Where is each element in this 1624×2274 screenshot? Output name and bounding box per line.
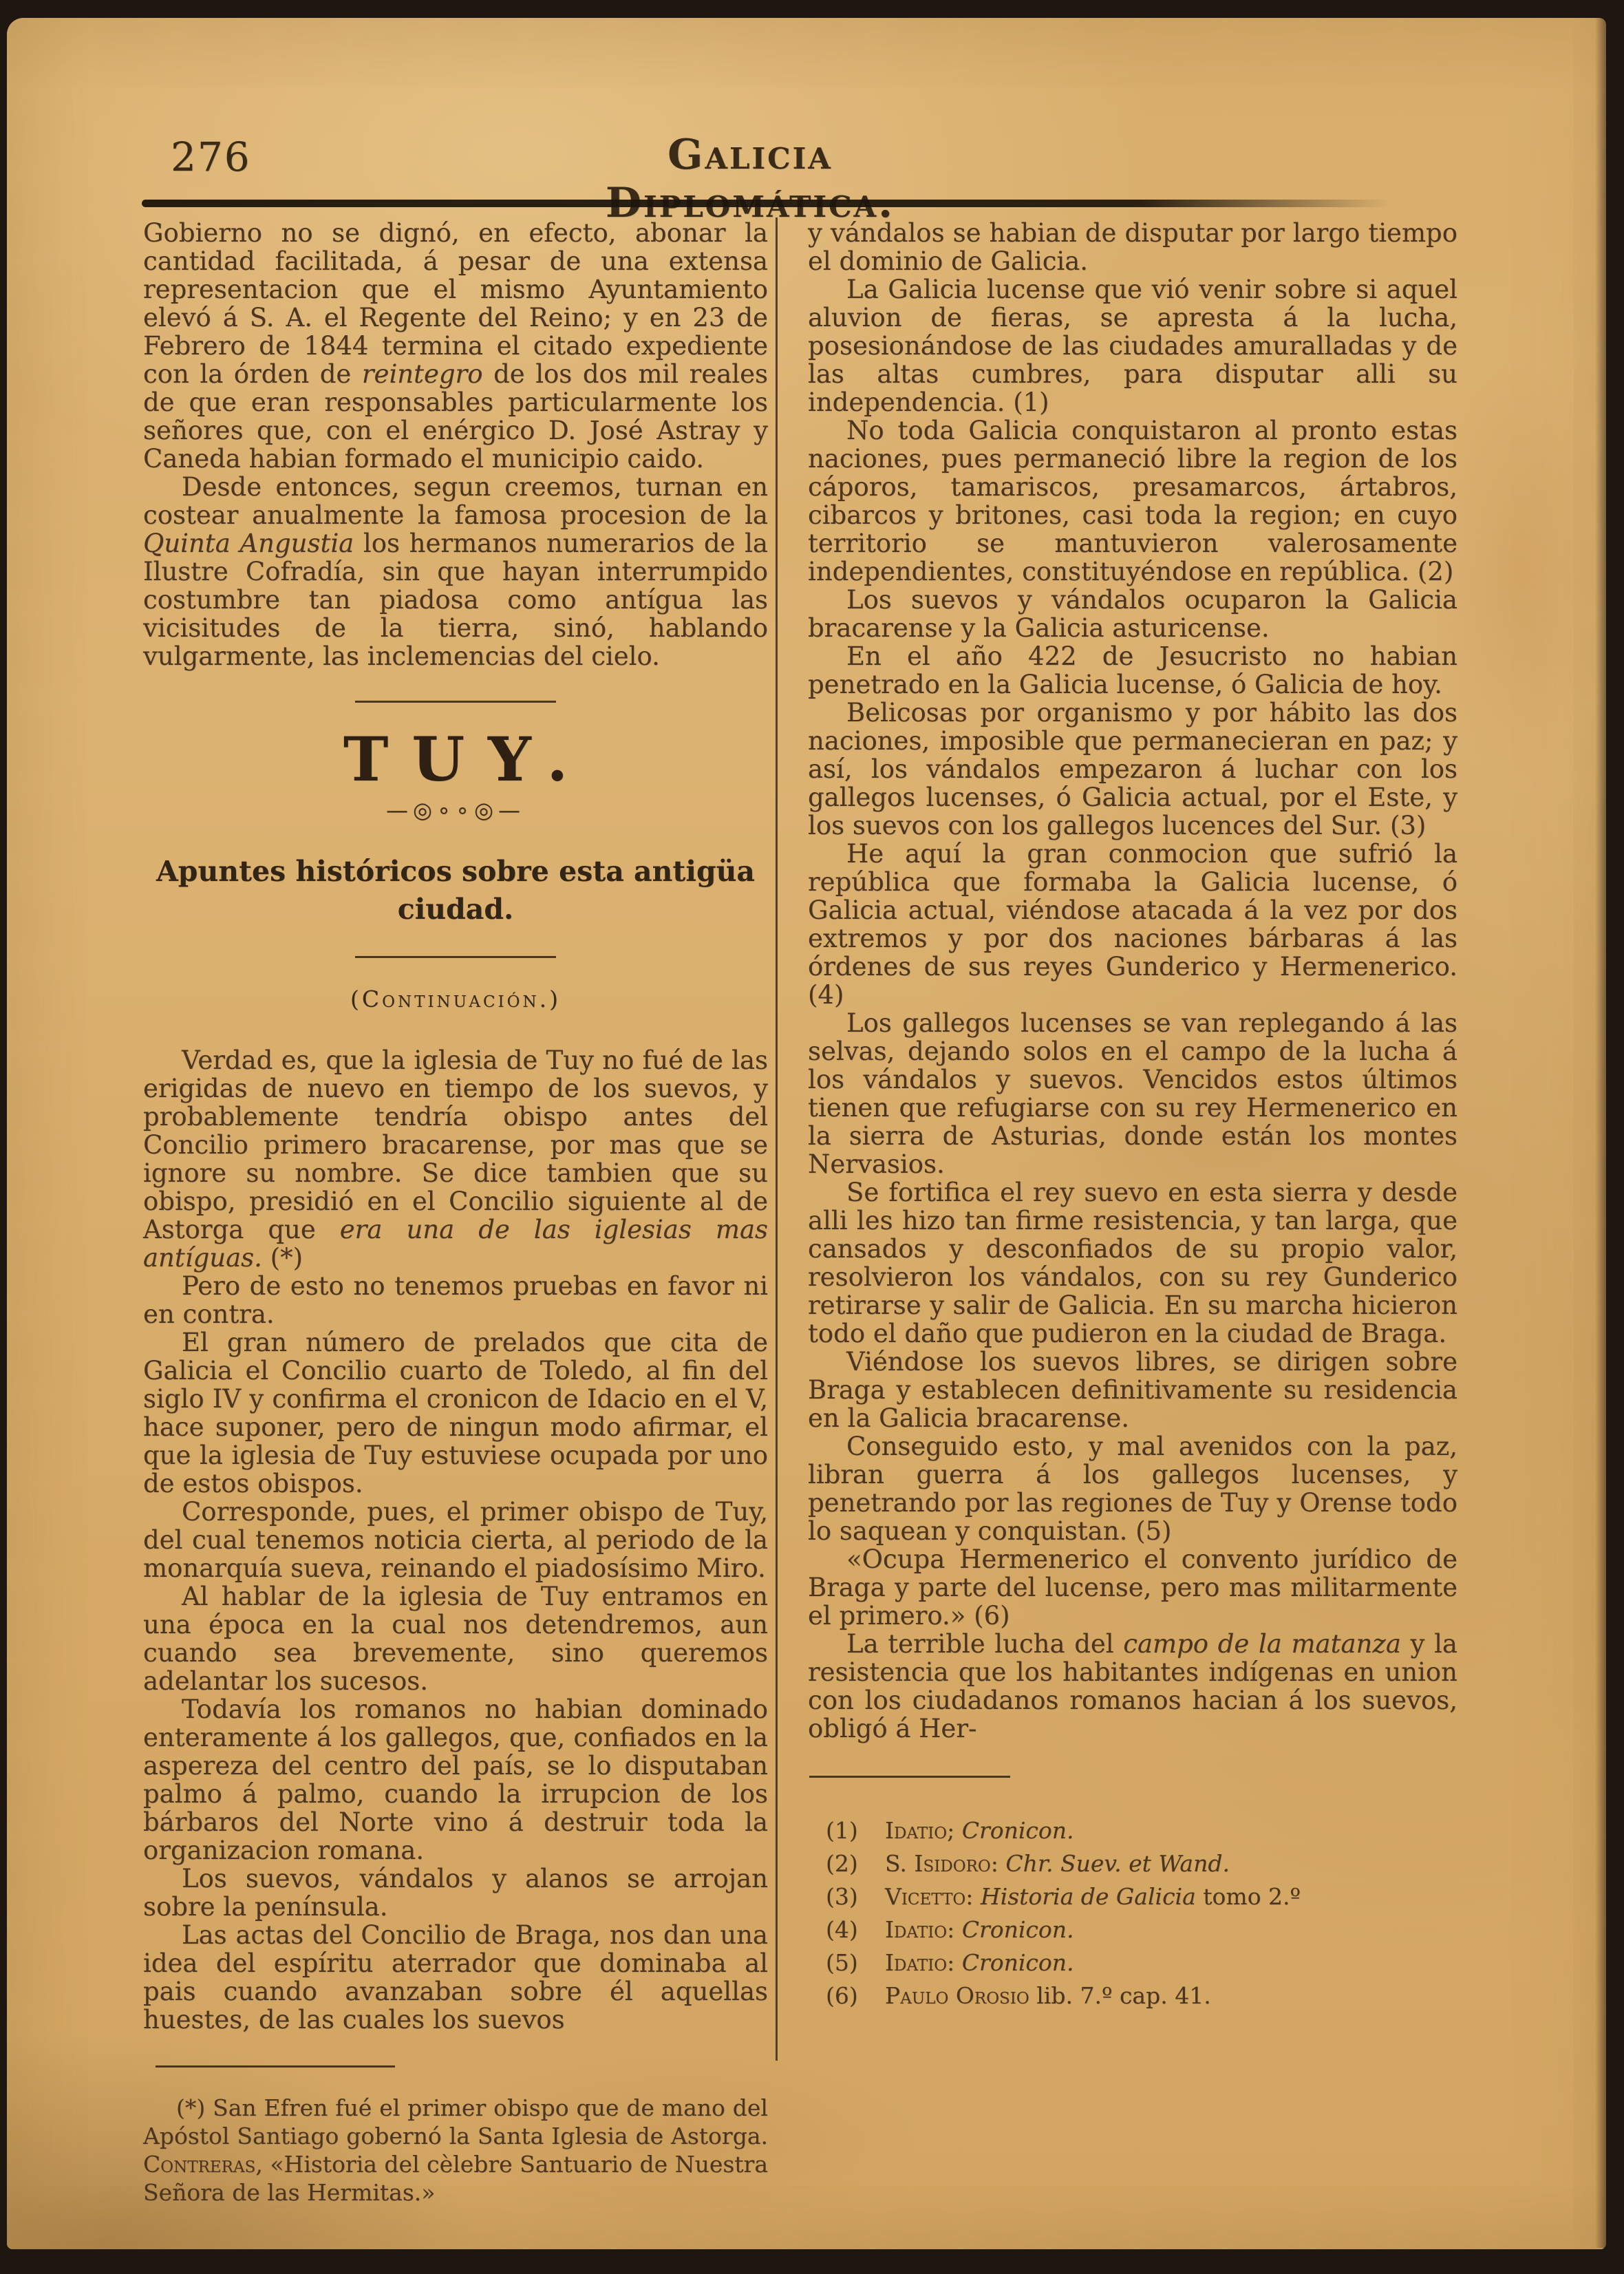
footnote-item: (4)Idatio: Cronicon. [808, 1914, 1457, 1946]
text-run: Al hablar de la iglesia de Tuy entramos … [143, 1582, 768, 1696]
paragraph: y vándalos se habian de disputar por lar… [808, 219, 1457, 275]
masthead-title: Galicia Diplomática. [509, 131, 991, 227]
paragraph: «Ocupa Hermenerico el convento jurídico … [808, 1545, 1457, 1630]
italic-text-run: Cronicon. [962, 1916, 1074, 1943]
footnote-text: Idatio: Cronicon. [885, 1914, 1457, 1946]
text-run: En el año 422 de Jesucristo no habian pe… [808, 641, 1457, 699]
text-run: Corresponde, pues, el primer obispo de T… [143, 1497, 768, 1583]
footnote-number: (2) [808, 1848, 885, 1880]
paragraph: Gobierno no se dignó, en efecto, abonar … [143, 219, 768, 473]
footnote-number: (6) [808, 1980, 885, 2012]
paragraph: Las actas del Concilio de Braga, nos dan… [143, 1921, 768, 2034]
paragraph: Corresponde, pues, el primer obispo de T… [143, 1498, 768, 1582]
column-divider-rule [776, 217, 778, 2061]
text-run: y vándalos se habian de disputar por lar… [808, 218, 1457, 276]
footnote-separator-rule [156, 2065, 395, 2068]
text-run: Conseguido esto, y mal avenidos con la p… [808, 1432, 1457, 1546]
paragraph: Belicosas por organismo y por hábito las… [808, 699, 1457, 840]
text-run: El gran número de prelados que cita de G… [143, 1328, 768, 1498]
text-run: (*) San Efren fué el primer obispo que d… [143, 2094, 768, 2149]
text-run: La terrible lucha del [846, 1629, 1123, 1659]
footnote-item: (3)Vicetto: Historia de Galicia tomo 2.º [808, 1881, 1457, 1913]
italic-text-run: Cronicon. [962, 1949, 1074, 1976]
paragraph: Verdad es, que la iglesia de Tuy no fué … [143, 1046, 768, 1272]
footnote-text: Vicetto: Historia de Galicia tomo 2.º [885, 1881, 1457, 1913]
left-column-intro: Gobierno no se dignó, en efecto, abonar … [143, 219, 768, 670]
text-run: Los gallegos lucenses se van replegando … [808, 1008, 1457, 1179]
section-subtitle: Apuntes históricos sobre esta antigüa ci… [143, 853, 768, 928]
italic-text-run: reintegro [362, 359, 483, 389]
paragraph: La terrible lucha del campo de la matanz… [808, 1630, 1457, 1743]
smallcaps-text-run: Idatio; [885, 1817, 962, 1844]
footnotes-list: (1)Idatio; Cronicon.(2)S. Isidoro: Chr. … [808, 1815, 1457, 2012]
paragraph: En el año 422 de Jesucristo no habian pe… [808, 642, 1457, 699]
footnote-number: (5) [808, 1947, 885, 1979]
text-run: Todavía los romanos no habian dominado e… [143, 1694, 768, 1865]
paragraph: Desde entonces, segun creemos, turnan en… [143, 473, 768, 670]
paragraph: Pero de esto no tenemos pruebas en favor… [143, 1272, 768, 1328]
text-run: Viéndose los suevos libres, se dirigen s… [808, 1347, 1457, 1433]
italic-text-run: Historia de Galicia [981, 1883, 1196, 1910]
right-column-body: y vándalos se habian de disputar por lar… [808, 219, 1457, 1743]
footnote-separator-rule [809, 1776, 1010, 1778]
paragraph: He aquí la gran conmocion que sufrió la … [808, 840, 1457, 1009]
footnote-item: (5)Idatio: Cronicon. [808, 1947, 1457, 1979]
text-run: Los suevos y vándalos ocuparon la Galici… [808, 585, 1457, 643]
paragraph: Viéndose los suevos libres, se dirigen s… [808, 1348, 1457, 1432]
right-column: y vándalos se habian de disputar por lar… [808, 219, 1457, 2013]
text-run: lib. 7.º cap. 41. [1029, 1982, 1211, 2009]
footnote-number: (1) [808, 1815, 885, 1847]
text-run: La Galicia lucense que vió venir sobre s… [808, 275, 1457, 417]
text-run: Las actas del Concilio de Braga, nos dan… [143, 1920, 768, 2034]
footnote-text: S. Isidoro: Chr. Suev. et Wand. [885, 1848, 1457, 1880]
paragraph: Los suevos, vándalos y alanos se arrojan… [143, 1864, 768, 1921]
left-column: Gobierno no se dignó, en efecto, abonar … [143, 219, 768, 2229]
italic-text-run: Quinta Angustia [143, 529, 354, 558]
paragraph: Los suevos y vándalos ocuparon la Galici… [808, 586, 1457, 642]
smallcaps-text-run: Paulo Orosio [885, 1982, 1029, 2009]
text-run: Desde entonces, segun creemos, turnan en… [143, 472, 768, 530]
italic-text-run: Cronicon. [962, 1817, 1074, 1844]
footnote-item: (1)Idatio; Cronicon. [808, 1815, 1457, 1847]
footnote-number: (3) [808, 1881, 885, 1913]
paragraph: El gran número de prelados que cita de G… [143, 1328, 768, 1498]
text-run: tomo 2.º [1196, 1883, 1301, 1910]
smallcaps-text-run: Vicetto: [885, 1883, 981, 1910]
text-run: (*) [262, 1243, 303, 1273]
paragraph: Los gallegos lucenses se van replegando … [808, 1009, 1457, 1178]
smallcaps-text-run: Idatio: [885, 1949, 962, 1976]
page-number: 276 [171, 134, 251, 180]
smallcaps-text-run: Idatio: [885, 1916, 962, 1943]
italic-text-run: campo de la matanza [1123, 1629, 1401, 1659]
footnote-text: Idatio: Cronicon. [885, 1947, 1457, 1979]
text-run: Los suevos, vándalos y alanos se arrojan… [143, 1864, 768, 1922]
continuation-label: (Continuación.) [143, 986, 768, 1013]
footnote: (*) San Efren fué el primer obispo que d… [143, 2094, 768, 2207]
text-run: Belicosas por organismo y por hábito las… [808, 698, 1457, 840]
footnote-item: (2)S. Isidoro: Chr. Suev. et Wand. [808, 1848, 1457, 1880]
text-run: He aquí la gran conmocion que sufrió la … [808, 839, 1457, 1010]
header-rule [142, 200, 1391, 207]
footnote-item: (6)Paulo Orosio lib. 7.º cap. 41. [808, 1980, 1457, 2012]
page-content: 276 Galicia Diplomática. Gobierno no se … [0, 0, 1624, 2274]
section-divider-rule [355, 701, 556, 703]
scanned-newspaper-page: 276 Galicia Diplomática. Gobierno no se … [0, 0, 1624, 2274]
paragraph: Al hablar de la iglesia de Tuy entramos … [143, 1582, 768, 1695]
paragraph: Todavía los romanos no habian dominado e… [143, 1695, 768, 1864]
paragraph: No toda Galicia conquistaron al pronto e… [808, 416, 1457, 586]
footnote-text: Paulo Orosio lib. 7.º cap. 41. [885, 1980, 1457, 2012]
smallcaps-text-run: Contreras, [143, 2151, 263, 2178]
text-run: «Ocupa Hermenerico el convento jurídico … [808, 1544, 1457, 1630]
smallcaps-text-run: S. Isidoro: [885, 1850, 1005, 1877]
section-title: TUY. [143, 727, 768, 791]
text-run: Se fortifica el rey suevo en esta sierra… [808, 1178, 1457, 1348]
text-run: Pero de esto no tenemos pruebas en favor… [143, 1271, 768, 1329]
paragraph: Conseguido esto, y mal avenidos con la p… [808, 1432, 1457, 1545]
footnote-text: Idatio; Cronicon. [885, 1815, 1457, 1847]
footnote-number: (4) [808, 1914, 885, 1946]
paragraph: La Galicia lucense que vió venir sobre s… [808, 275, 1457, 416]
paragraph: Se fortifica el rey suevo en esta sierra… [808, 1178, 1457, 1348]
ornament-icon: —◎∘∘◎— [143, 794, 768, 827]
italic-text-run: Chr. Suev. et Wand. [1005, 1850, 1230, 1877]
text-run: No toda Galicia conquistaron al pronto e… [808, 416, 1457, 586]
section-divider-rule [355, 956, 556, 958]
left-column-body: Verdad es, que la iglesia de Tuy no fué … [143, 1046, 768, 2034]
